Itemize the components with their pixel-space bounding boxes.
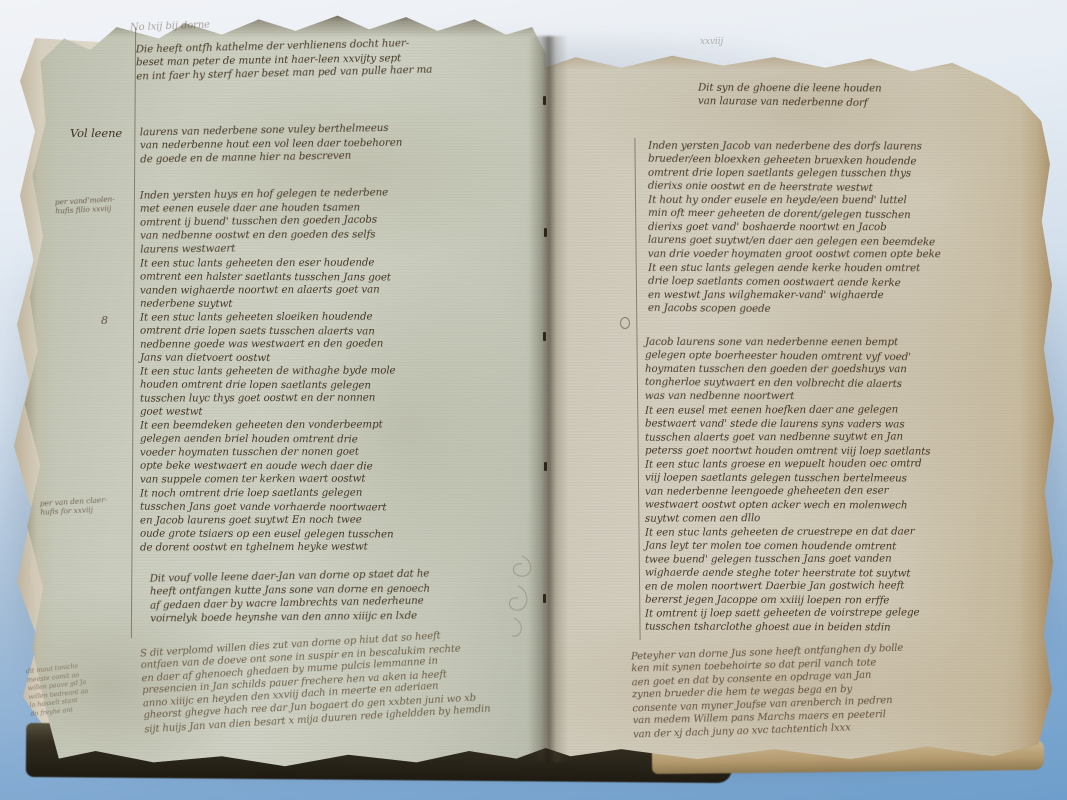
manuscript-line: hufis filio xxviij <box>55 204 115 216</box>
manuscript-line: en Jacob laurens goet suytwt En noch twe… <box>140 513 394 528</box>
manuscript-line: de dorent oostwt en tghelnem heyke westw… <box>140 540 394 555</box>
manuscript-line: laurens westwaert <box>140 240 389 257</box>
manuscript-line: wighaerde aende steghe toter heerstrate … <box>645 566 915 580</box>
left-page-corner-scribble: No lxij bij dorne <box>130 19 210 35</box>
manuscript-line: Jans leyt ter molen toe comen houdende o… <box>645 539 915 553</box>
left-page-parcel-4: It een stuc lants geheeten de withaghe b… <box>140 365 396 419</box>
manuscript-line: twee buend' gelegen tusschen Jans goet v… <box>645 552 915 567</box>
manuscript-line: vanden wighaerde noortwt en alaerts goet… <box>140 283 391 298</box>
manuscript-line: was van nedbenne noortwert <box>645 390 911 404</box>
manuscript-line: Inden yersten Jacob van nederbene des do… <box>648 140 922 154</box>
manuscript-line: Dit syn de ghoene die leene houden <box>698 82 882 96</box>
manuscript-line: goet westwt <box>140 405 396 419</box>
left-page-parcel-1: Inden yersten huys en hof gelegen te ned… <box>140 187 389 257</box>
left-page-faded-addendum: S dit verplomd willen dies zut van dorne… <box>140 628 491 735</box>
manuscript-line: suytwt comen aen dllo <box>645 511 922 526</box>
manuscript-line: It noch omtrent drie loep saetlants gele… <box>140 486 394 501</box>
manuscript-line: nederbene suytwt <box>140 297 391 311</box>
left-page-closing-note: Dit vouf volle leene daer-Jan van dorne … <box>150 568 431 626</box>
manuscript-line: omtrent een halster saetlants tusschen J… <box>140 270 391 284</box>
manuscript-line: van drie voeder hoymaten groot oostwt co… <box>648 248 941 262</box>
manuscript-line: bererst jegen Jacoppe om xxiiij loepen r… <box>645 593 915 607</box>
right-page-corner-mark: xxviij <box>700 36 723 50</box>
manuscript-line: voeder hoymaten tusschen der nonen goet <box>140 445 383 460</box>
manuscript-line: omtrent drie lopen saetlants gelegen tus… <box>648 167 922 181</box>
manuscript-line: en Jacobs scopen goede <box>648 301 920 317</box>
right-page-faded-addendum: Peteyher van dorne Jus sone heeft ontfan… <box>631 642 906 741</box>
right-page-parcel-1: Inden yersten Jacob van nederbene des do… <box>648 139 922 195</box>
right-page-parcel-8: It omtrent ij loep saett geheeten de voi… <box>645 607 920 634</box>
manuscript-line: It omtrent ij loep saett geheeten de voi… <box>645 606 920 621</box>
left-page-corner-notes: dit maut tonichsmeeste comit aowillen pa… <box>25 661 90 718</box>
right-page-parcel-2: It hout hy onder eusele en heyde/een bue… <box>648 193 941 262</box>
manuscript-line: dierixs goet vand' boshaerde noortwt en … <box>648 221 941 235</box>
manuscript-line: en westwt Jans wilghemaker-vand' wighaer… <box>648 289 920 303</box>
manuscript-line: bestwaert vand' stede die laurens syns v… <box>645 417 931 431</box>
manuscript-line: min oft meer geheeten de dorent/gelegen … <box>648 206 941 222</box>
manuscript-line: tusschen luyc thys goet oostwt en der no… <box>140 391 396 406</box>
manuscript-line: Jacob laurens sone van nederbenne eenen … <box>645 336 911 350</box>
manuscript-line: It een eusel met eenen hoefken daer ane … <box>645 403 931 418</box>
manuscript-line: gelegen aenden briel houden omtrent drie <box>140 432 383 446</box>
margin-note-claer: per van den claer-hufis for xxviij <box>40 495 108 517</box>
manuscript-line: peterss goet noortwt houden omtrent viij… <box>645 444 931 458</box>
manuscript-line: tusschen alaerts goet van nedbenne suytw… <box>645 430 931 445</box>
left-page-parcel-6: It noch omtrent drie loep saetlants gele… <box>140 487 394 555</box>
left-page-parcel-2: It een stuc lants geheeten den eser houd… <box>140 257 391 311</box>
right-page-heading: Dit syn de ghoene die leene houdenvan la… <box>698 81 882 110</box>
manuscript-line: It een stuc lants geheeten den eser houd… <box>140 256 391 271</box>
manuscript-line: en de molen noortwert Daerbie Jan gostwi… <box>645 579 915 594</box>
manuscript-line: opte beke westwaert en aoude wech daer d… <box>140 459 383 473</box>
manuscript-line: hoymaten tusschen den goeden der goedshu… <box>645 363 911 377</box>
manuscript-line: omtrent drie lopen saets tusschen alaert… <box>140 324 383 338</box>
manuscript-line: laurens goet suytwt/en daer aen gelegen … <box>648 233 941 249</box>
manuscript-line: voirnelyk boede heynshe van den anno xii… <box>150 609 430 625</box>
left-page-parcel-3: It een stuc lants geheeten sloeiken houd… <box>140 311 383 365</box>
manuscript-line: tusschen Jans goet vande vorhaerde noort… <box>140 500 394 514</box>
manuscript-line: van nederbenne leengoede gheheeten den e… <box>645 484 922 499</box>
manuscript-line: Jans van dietvoert oostwt <box>140 351 383 365</box>
margin-note-molen: per vand'molen-hufis filio xxviij <box>55 194 116 215</box>
margin-mark: 8 <box>101 314 108 328</box>
right-page-parcel-4: Jacob laurens sone van nederbenne eenen … <box>645 335 911 404</box>
manuscript-line: drie loep saetlants comen oostwaert aend… <box>648 274 920 290</box>
manuscript-line: tongherloe suytwaert en den volbrecht di… <box>645 375 911 391</box>
manuscript-line: It een stuc lants geheeten sloeiken houd… <box>140 310 383 325</box>
manuscript-line: viij loepen saetlants gelegen tusschen b… <box>645 471 922 485</box>
manuscript-text: No lxij bij dorne Die heeft ontfh kathel… <box>0 0 1067 800</box>
manuscript-line: It een stuc lants geheeten de cruestrepe… <box>645 525 915 540</box>
manuscript-line: It een stuc lants geheeten de withaghe b… <box>140 364 396 379</box>
manuscript-line: oude grote tsiaers op een eusel gelegen … <box>140 527 394 541</box>
manuscript-line: van laurase van nederbenne dorf <box>698 94 882 110</box>
manuscript-line: It hout hy onder eusele en heyde/een bue… <box>648 194 941 208</box>
manuscript-line: gelegen opte boerheester houden omtrent … <box>645 348 911 364</box>
left-page-parcel-5: It een beemdeken geheeten den vonderbeem… <box>140 419 383 487</box>
right-page-parcel-7: It een stuc lants geheeten de cruestrepe… <box>645 526 915 607</box>
manuscript-line: van suppele comen ter kerken waert oostw… <box>140 472 383 487</box>
left-page-intro-paragraph: Die heeft ontfh kathelme der verhlienens… <box>136 37 433 83</box>
manuscript-line: nedbenne goede was westwaert en den goed… <box>140 337 383 352</box>
left-page-leen-grant: laurens van nederbene sone vuley berthel… <box>140 122 403 166</box>
manuscript-line: houden omtrent drie lopen saetlants gele… <box>140 378 396 392</box>
manuscript-line: tusschen tsharclothe ghoest aue in beide… <box>645 620 920 634</box>
right-page-parcel-5: It een eusel met eenen hoefken daer ane … <box>645 404 930 458</box>
right-page-parcel-6: It een stuc lants groese en wepuelt houd… <box>645 458 922 526</box>
manuscript-line: westwaert oostwt opten acker wech en mol… <box>645 498 922 512</box>
manuscript-line: It een stuc lants gelegen aende kerke ho… <box>648 262 920 276</box>
margin-heading-vol-leene: Vol leene <box>70 127 122 141</box>
right-page-parcel-3: It een stuc lants gelegen aende kerke ho… <box>648 261 920 316</box>
manuscript-line: hufis for xxviij <box>40 504 108 516</box>
manuscript-line: It een beemdeken geheeten den vonderbeem… <box>140 418 383 433</box>
manuscript-line: It een stuc lants groese en wepuelt houd… <box>645 457 922 472</box>
